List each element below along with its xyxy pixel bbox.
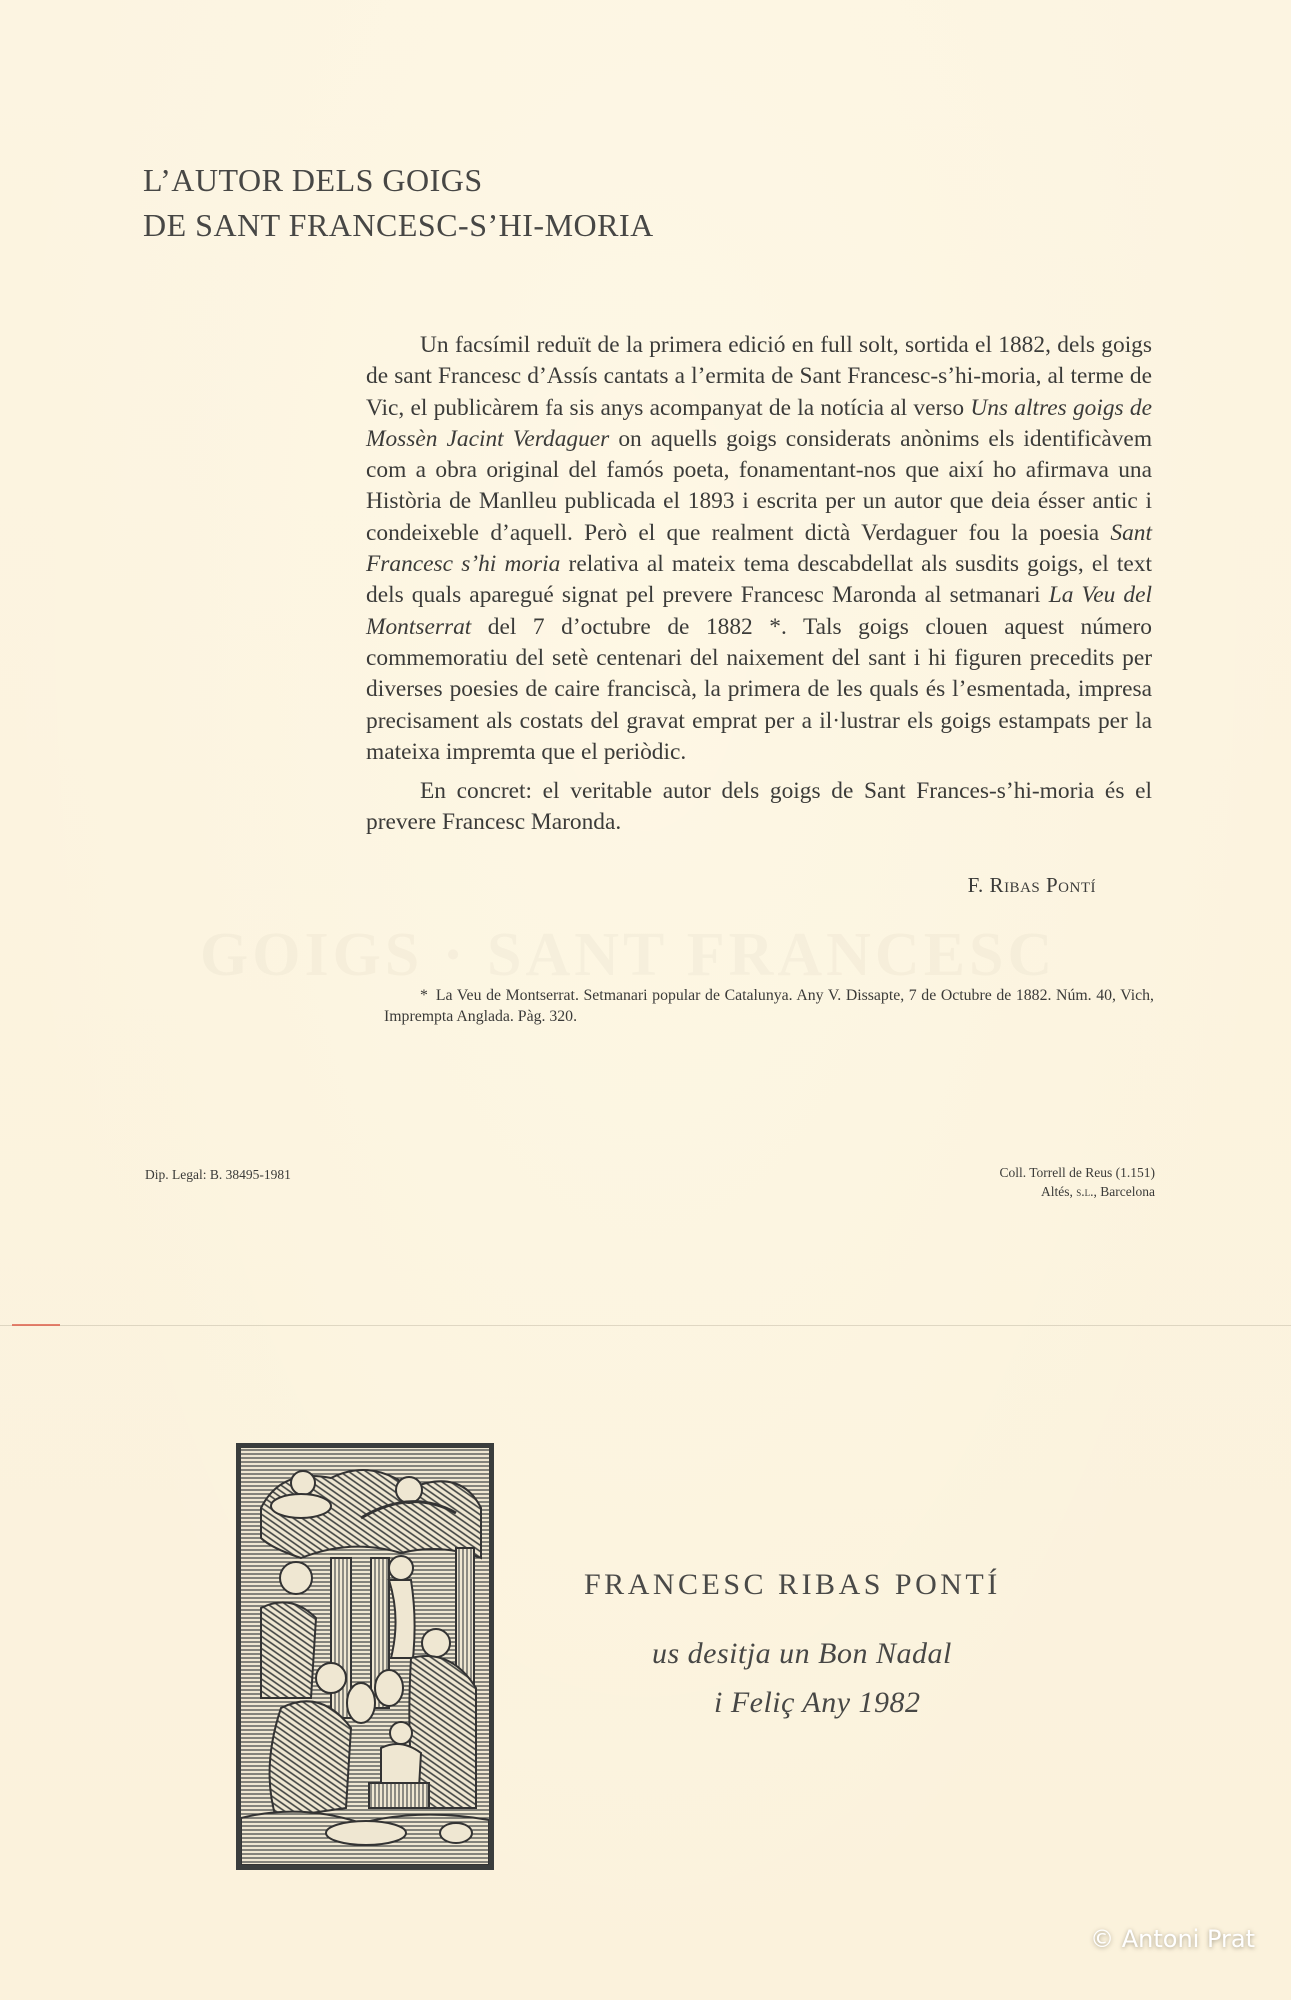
fold-mark: [12, 1324, 60, 1326]
title-line-1: L’AUTOR DELS GOIGS: [143, 158, 654, 203]
printer-info: Coll. Torrell de Reus (1.151) Altés, s.l…: [999, 1163, 1155, 1201]
greeting-line-2: i Feliç Any 1982: [714, 1686, 921, 1720]
collection-number: Coll. Torrell de Reus (1.151): [999, 1163, 1155, 1182]
footnote-mark: *: [420, 987, 428, 1004]
fold-line: [0, 1325, 1291, 1326]
text-run: del 7 d’octubre de 1882 *. Tals goigs cl…: [366, 614, 1152, 765]
copyright-watermark: © Antoni Prat: [1090, 1925, 1255, 1953]
legal-deposit: Dip. Legal: B. 38495-1981: [145, 1167, 291, 1183]
footnote-text: La Veu de Montserrat. Setmanari popular …: [384, 987, 1154, 1025]
title-line-2: DE SANT FRANCESC-S’HI-MORIA: [143, 203, 654, 248]
woodcut-illustration-icon: [241, 1448, 489, 1865]
paragraph-1: Un facsímil reduït de la primera edició …: [366, 330, 1152, 768]
nativity-woodcut-image: [236, 1443, 494, 1870]
footnote: *La Veu de Montserrat. Setmanari popular…: [384, 985, 1154, 1027]
article-title: L’AUTOR DELS GOIGS DE SANT FRANCESC-S’HI…: [143, 158, 654, 248]
author-signature: F. Ribas Pontí: [968, 873, 1096, 898]
printer-name: Altés, s.l., Barcelona: [999, 1182, 1155, 1201]
greeting-sender-name: FRANCESC RIBAS PONTÍ: [584, 1568, 1001, 1602]
paragraph-2: En concret: el veritable autor dels goig…: [366, 776, 1152, 839]
greeting-line-1: us desitja un Bon Nadal: [652, 1637, 952, 1671]
article-body: Un facsímil reduït de la primera edició …: [366, 330, 1152, 839]
